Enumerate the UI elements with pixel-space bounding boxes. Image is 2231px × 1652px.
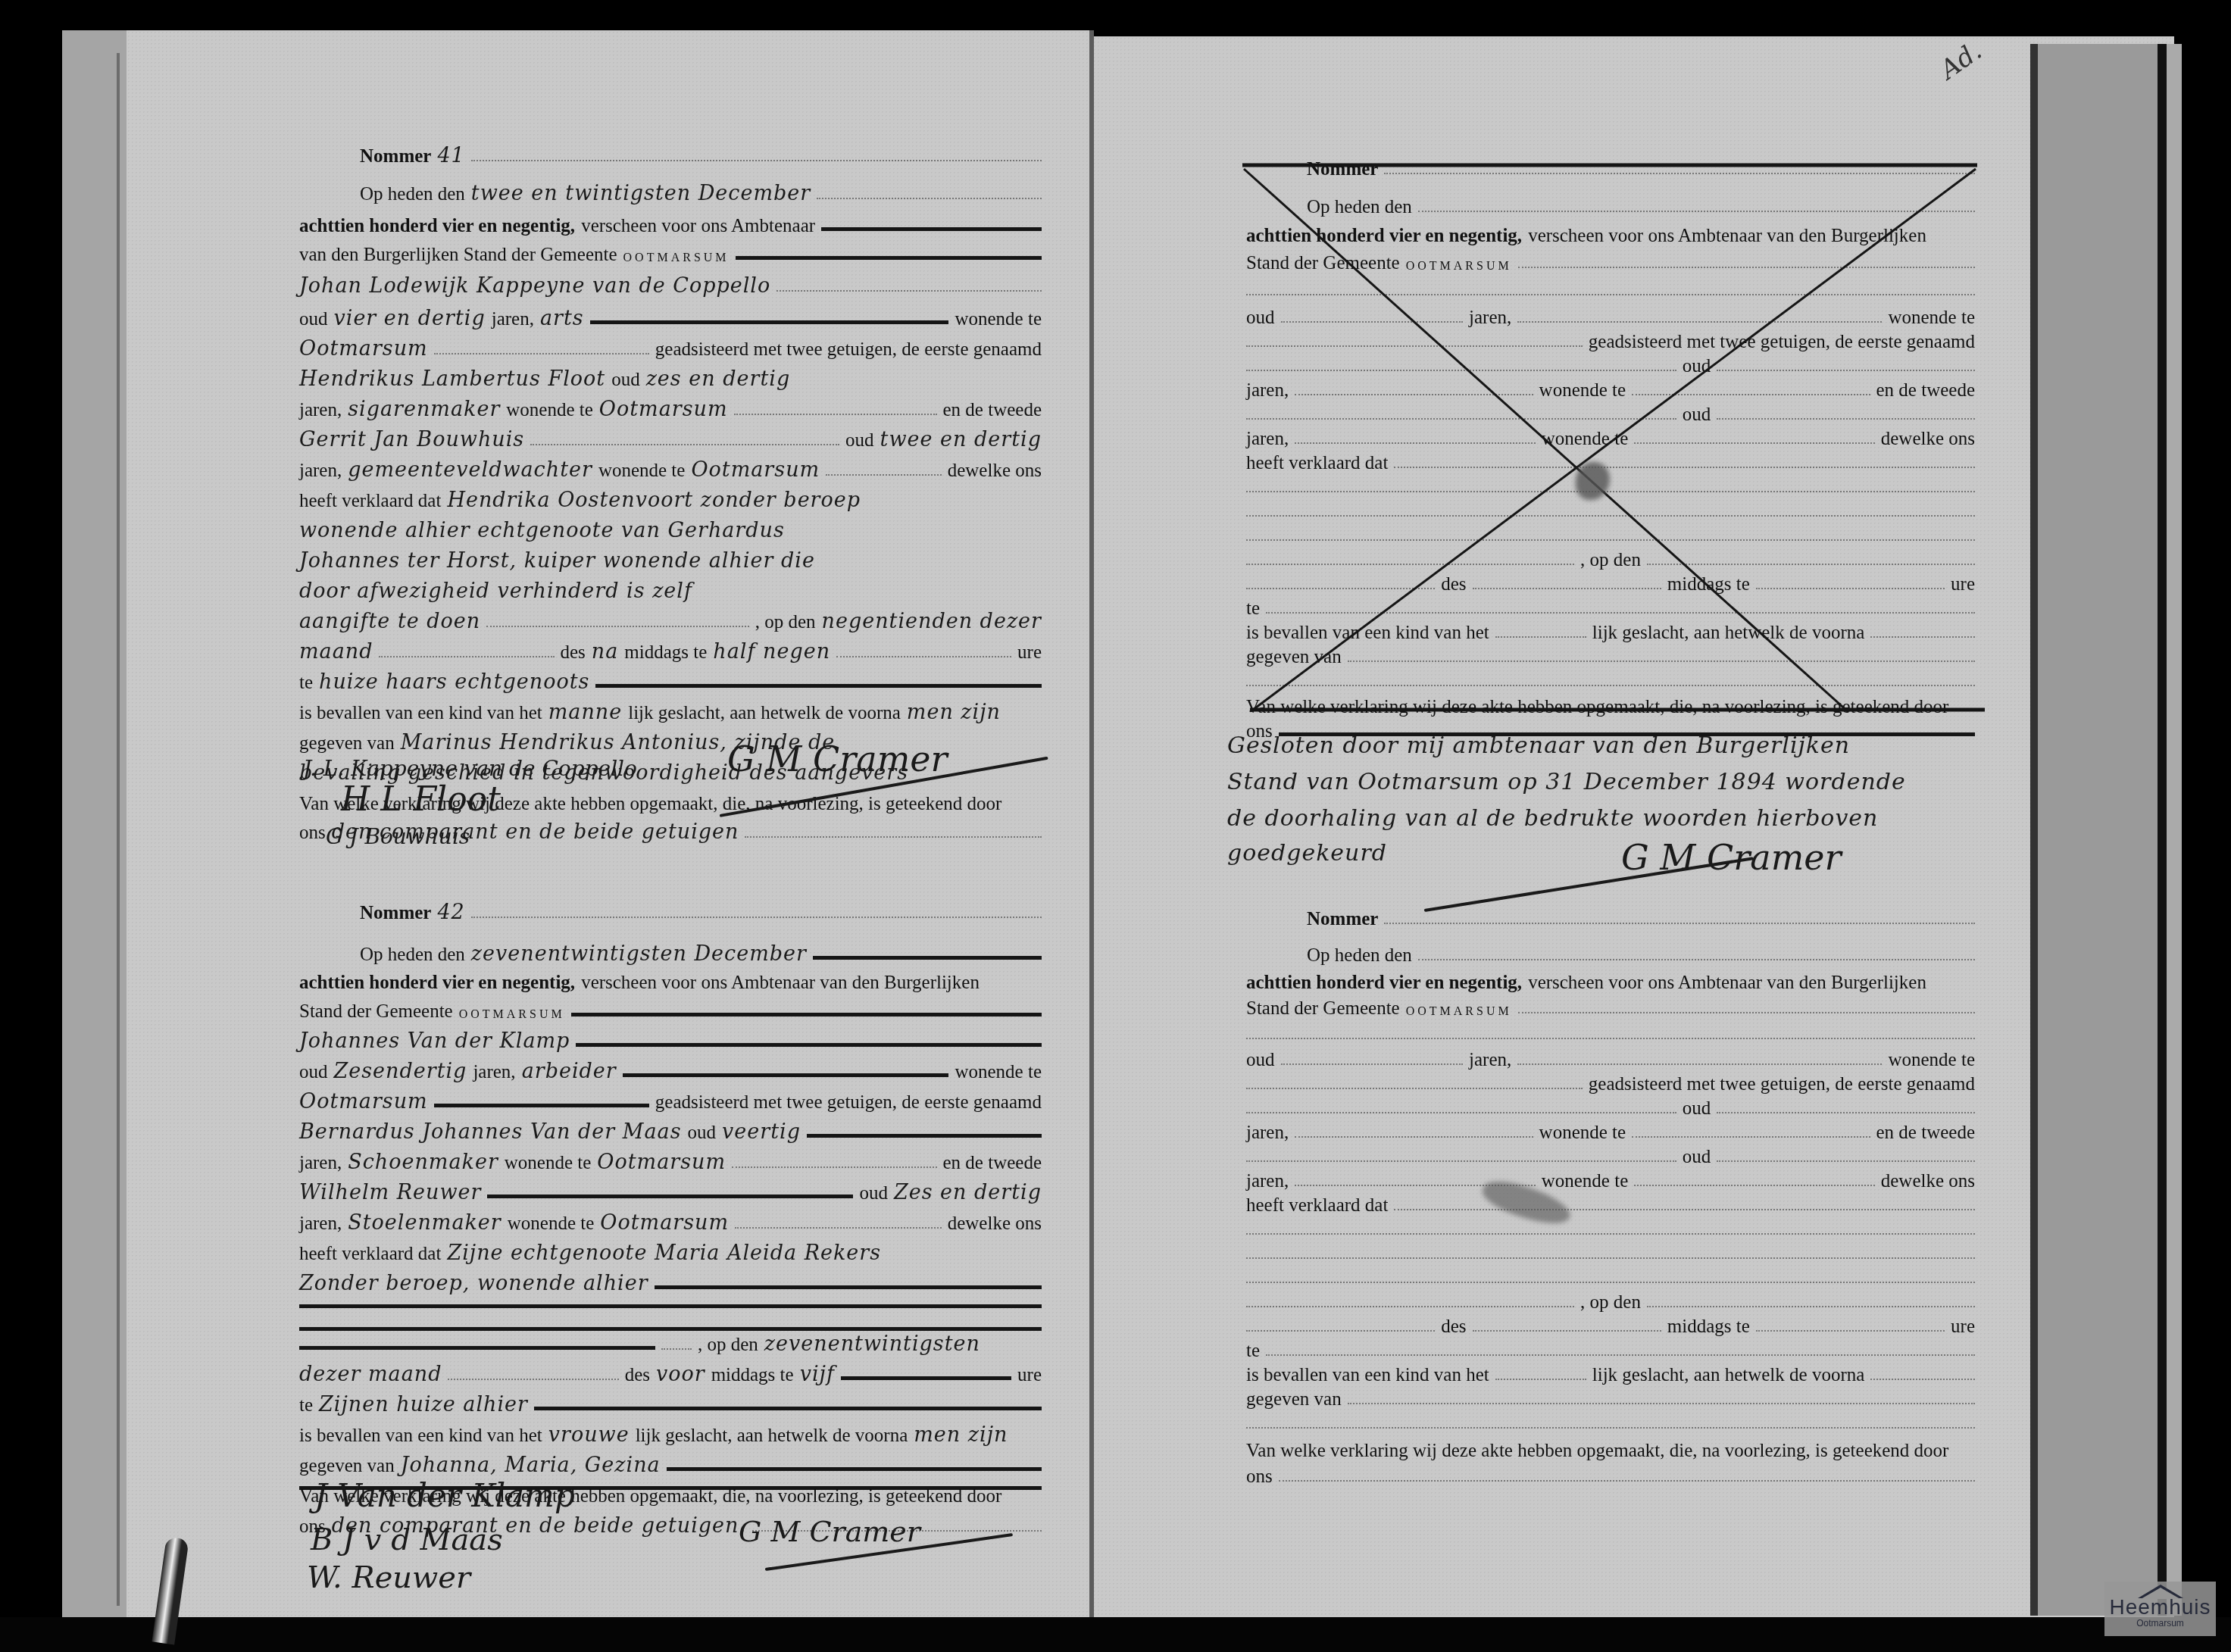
witness1-age: veertig	[722, 1122, 801, 1142]
cancelled-record: Nommer Op heden den achttien honderd vie…	[1246, 151, 1975, 712]
birth-place: huize haars echtgenoots	[319, 672, 589, 692]
record-41: Nommer 41 Op heden den twee en twintigst…	[299, 139, 1042, 820]
printed-text: Stand der Gemeente	[1246, 254, 1400, 273]
nommer-label: Nommer	[1307, 910, 1378, 929]
statement-line: Zonder beroep, wonende alhier	[299, 1273, 648, 1294]
birth-day-cont: dezer maand	[299, 1364, 442, 1385]
declarant-occupation: arbeider	[522, 1061, 617, 1082]
signature-witness2: W. Reuwer	[307, 1560, 470, 1595]
printed-text: jaren,	[299, 461, 342, 480]
logo-name: Heemhuis	[2104, 1597, 2216, 1618]
printed-text: verscheen voor ons Ambtenaar van den Bur…	[1528, 226, 1926, 245]
printed-text: , op den	[698, 1335, 758, 1354]
signature-witness2: G J Bouwhuis	[326, 824, 470, 849]
witness2-name: Wilhelm Reuwer	[299, 1182, 481, 1203]
printed-text: Op heden den	[1307, 198, 1412, 217]
printed-text: te	[299, 1396, 313, 1415]
printed-text: lijk geslacht, aan hetwelk de voorna	[636, 1426, 908, 1445]
signature-declarant: J. L. Kappeyne van de Coppello	[303, 756, 637, 781]
child-gender: vrouwe	[548, 1425, 630, 1445]
nommer-label: Nommer	[360, 904, 431, 923]
witness1-occupation: Schoenmaker	[348, 1152, 498, 1173]
printed-text: Van welke verklaring wij deze akte hebbe…	[1246, 1441, 1948, 1460]
declarant-name: Johan Lodewijk Kappeyne van de Coppello	[299, 276, 770, 296]
printed-text: te	[299, 673, 313, 692]
heemhuis-logo: Heemhuis Ootmarsum	[2104, 1582, 2216, 1636]
printed-text: ure	[1017, 643, 1042, 662]
signature-declarant: J Van der Klamp	[314, 1477, 575, 1514]
printed-text: verscheen voor ons Ambtenaar van den Bur…	[1528, 973, 1926, 992]
printed-text: oud	[299, 1063, 328, 1082]
logo-place: Ootmarsum	[2104, 1618, 2216, 1629]
record-date: twee en twintigsten December	[471, 183, 811, 204]
printed-text: oud	[688, 1123, 717, 1142]
nommer-label: Nommer	[1307, 160, 1378, 179]
statement-line: wonende alhier echtgenoote van Gerhardus	[299, 520, 785, 541]
witness2-residence: Ootmarsum	[691, 460, 820, 480]
witness1-residence: Ootmarsum	[599, 399, 728, 420]
birth-day-cont: maand	[299, 642, 373, 662]
printed-text: oud	[845, 431, 874, 450]
printed-text: jaren,	[473, 1063, 515, 1082]
witness1-age: zes en dertig	[646, 369, 791, 389]
right-page-stack	[2030, 44, 2158, 1616]
witness1-name: Hendrikus Lambertus Floot	[299, 369, 605, 389]
printed-text: middags te	[624, 643, 707, 662]
left-page-edge	[62, 30, 127, 1617]
printed-text: en de tweede	[943, 1154, 1042, 1173]
municipality: OOTMARSUM	[1406, 261, 1512, 273]
printed-text: middags te	[711, 1366, 794, 1385]
printed-text: ons	[299, 823, 326, 842]
witness2-residence: Ootmarsum	[600, 1213, 729, 1233]
signature-official: G M Cramer	[727, 739, 948, 779]
statement-line: Hendrika Oostenvoort zonder beroep	[447, 490, 861, 511]
child-given-names: Johanna, Maria, Gezina	[401, 1455, 661, 1476]
printed-text: geadsisteerd met twee getuigen, de eerst…	[655, 1093, 1042, 1112]
printed-text: jaren,	[299, 401, 342, 420]
printed-text: wonende te	[955, 1063, 1042, 1082]
child-gender: manne	[548, 702, 622, 723]
witness2-occupation: gemeenteveldwachter	[348, 460, 592, 480]
printed-text: is bevallen van een kind van het	[299, 1426, 542, 1445]
record-number: 41	[437, 145, 464, 166]
closing-line: Gesloten door mij ambtenaar van den Burg…	[1227, 735, 1850, 757]
declarant-residence: Ootmarsum	[299, 339, 428, 359]
printed-text: Stand der Gemeente	[299, 1002, 453, 1021]
signature-official: G M Cramer	[739, 1515, 920, 1548]
record-42: Nommer 42 Op heden den zevenentwintigste…	[299, 895, 1042, 1486]
printed-text: ure	[1017, 1366, 1042, 1385]
municipality: OOTMARSUM	[459, 1009, 565, 1021]
closing-line: de doorhaling van al de bedrukte woorden…	[1227, 807, 1878, 830]
printed-text: wonende te	[508, 1214, 595, 1233]
declarant-age: vier en dertig	[334, 308, 486, 329]
declarant-residence: Ootmarsum	[299, 1091, 428, 1112]
declarant-name: Johannes Van der Klamp	[299, 1031, 570, 1051]
printed-text: Stand der Gemeente	[1246, 999, 1400, 1018]
birth-day: zevenentwintigsten	[764, 1334, 980, 1354]
printed-text: Op heden den	[360, 945, 465, 964]
voornamen-suffix: men zijn	[907, 702, 1001, 723]
signature-witness1: B J v d Maas	[311, 1522, 503, 1557]
book-spine	[1089, 30, 1094, 1617]
des-part: na	[592, 642, 619, 662]
printed-text: heeft verklaard dat	[299, 492, 441, 511]
printed-text: jaren,	[299, 1214, 342, 1233]
printed-text: geadsisteerd met twee getuigen, de eerst…	[655, 340, 1042, 359]
printed-text: , op den	[755, 613, 816, 632]
witness1-occupation: sigarenmaker	[348, 399, 500, 420]
scan-border	[0, 1617, 2231, 1652]
printed-text: jaren,	[299, 1154, 342, 1173]
declarant-age: Zesendertig	[334, 1061, 467, 1082]
printed-year: achttien honderd vier en negentig,	[299, 217, 575, 236]
printed-year: achttien honderd vier en negentig,	[1246, 226, 1522, 245]
birth-day: negentienden dezer	[822, 611, 1042, 632]
des-part: voor	[656, 1364, 705, 1385]
printed-text: des	[625, 1366, 650, 1385]
witness2-occupation: Stoelenmaker	[348, 1213, 502, 1233]
printed-text: gegeven van	[299, 734, 395, 753]
witness1-name: Bernardus Johannes Van der Maas	[299, 1122, 682, 1142]
declarant-occupation: arts	[540, 308, 584, 329]
witness2-age: twee en dertig	[880, 429, 1042, 450]
printed-text: oud	[859, 1184, 888, 1203]
statement-line: aangifte te doen	[299, 611, 480, 632]
statement-line: Johannes ter Horst, kuiper wonende alhie…	[299, 551, 815, 571]
printed-text: gegeven van	[299, 1457, 395, 1476]
printed-text: heeft verklaard dat	[299, 1244, 441, 1263]
printed-text: dewelke ons	[948, 461, 1042, 480]
birth-time: vijf	[800, 1364, 835, 1385]
printed-text: jaren,	[492, 310, 534, 329]
record-date: zevenentwintigsten December	[471, 944, 807, 964]
printed-text: wonende te	[598, 461, 686, 480]
witness2-age: Zes en dertig	[894, 1182, 1042, 1203]
voornamen-suffix: men zijn	[914, 1425, 1008, 1445]
printed-text: wonende te	[505, 1154, 592, 1173]
municipality: OOTMARSUM	[623, 252, 730, 264]
printed-text: ons	[1246, 1467, 1273, 1486]
statement-line: door afwezigheid verhinderd is zelf	[299, 581, 692, 601]
printed-text: is bevallen van een kind van het	[299, 704, 542, 723]
printed-text: en de tweede	[943, 401, 1042, 420]
printed-year: achttien honderd vier en negentig,	[299, 973, 575, 992]
closing-note: Gesloten door mij ambtenaar van den Burg…	[1227, 727, 1985, 901]
record-number: 42	[437, 902, 464, 923]
printed-text: des	[561, 643, 586, 662]
birth-place: Zijnen huize alhier	[319, 1394, 528, 1415]
blank-record: Nommer Op heden den achttien honderd vie…	[1246, 901, 1975, 1454]
printed-text: oud	[299, 310, 328, 329]
witness2-name: Gerrit Jan Bouwhuis	[299, 429, 524, 450]
printed-text: wonende te	[506, 401, 593, 420]
witness1-residence: Ootmarsum	[597, 1152, 726, 1173]
printed-text: Op heden den	[1307, 946, 1412, 965]
printed-text: verscheen voor ons Ambtenaar	[581, 217, 815, 236]
closing-line: Stand van Ootmarsum op 31 December 1894 …	[1227, 771, 1906, 794]
printed-text: lijk geslacht, aan hetwelk de voorna	[628, 704, 901, 723]
printed-text: dewelke ons	[948, 1214, 1042, 1233]
nommer-label: Nommer	[360, 147, 431, 166]
printed-text: Op heden den	[360, 185, 465, 204]
printed-year: achttien honderd vier en negentig,	[1246, 973, 1522, 992]
statement-line: Zijne echtgenoote Maria Aleida Rekers	[447, 1243, 881, 1263]
house-roof-icon	[2138, 1585, 2183, 1598]
printed-text: van den Burgerlijken Stand der Gemeente	[299, 245, 617, 264]
birth-time: half negen	[713, 642, 830, 662]
printed-text: wonende te	[955, 310, 1042, 329]
signature-witness1: H L Floot	[341, 780, 501, 819]
printed-text: verscheen voor ons Ambtenaar van den Bur…	[581, 973, 980, 992]
closing-line: goedgekeurd	[1227, 842, 1387, 865]
printed-text: oud	[611, 370, 640, 389]
